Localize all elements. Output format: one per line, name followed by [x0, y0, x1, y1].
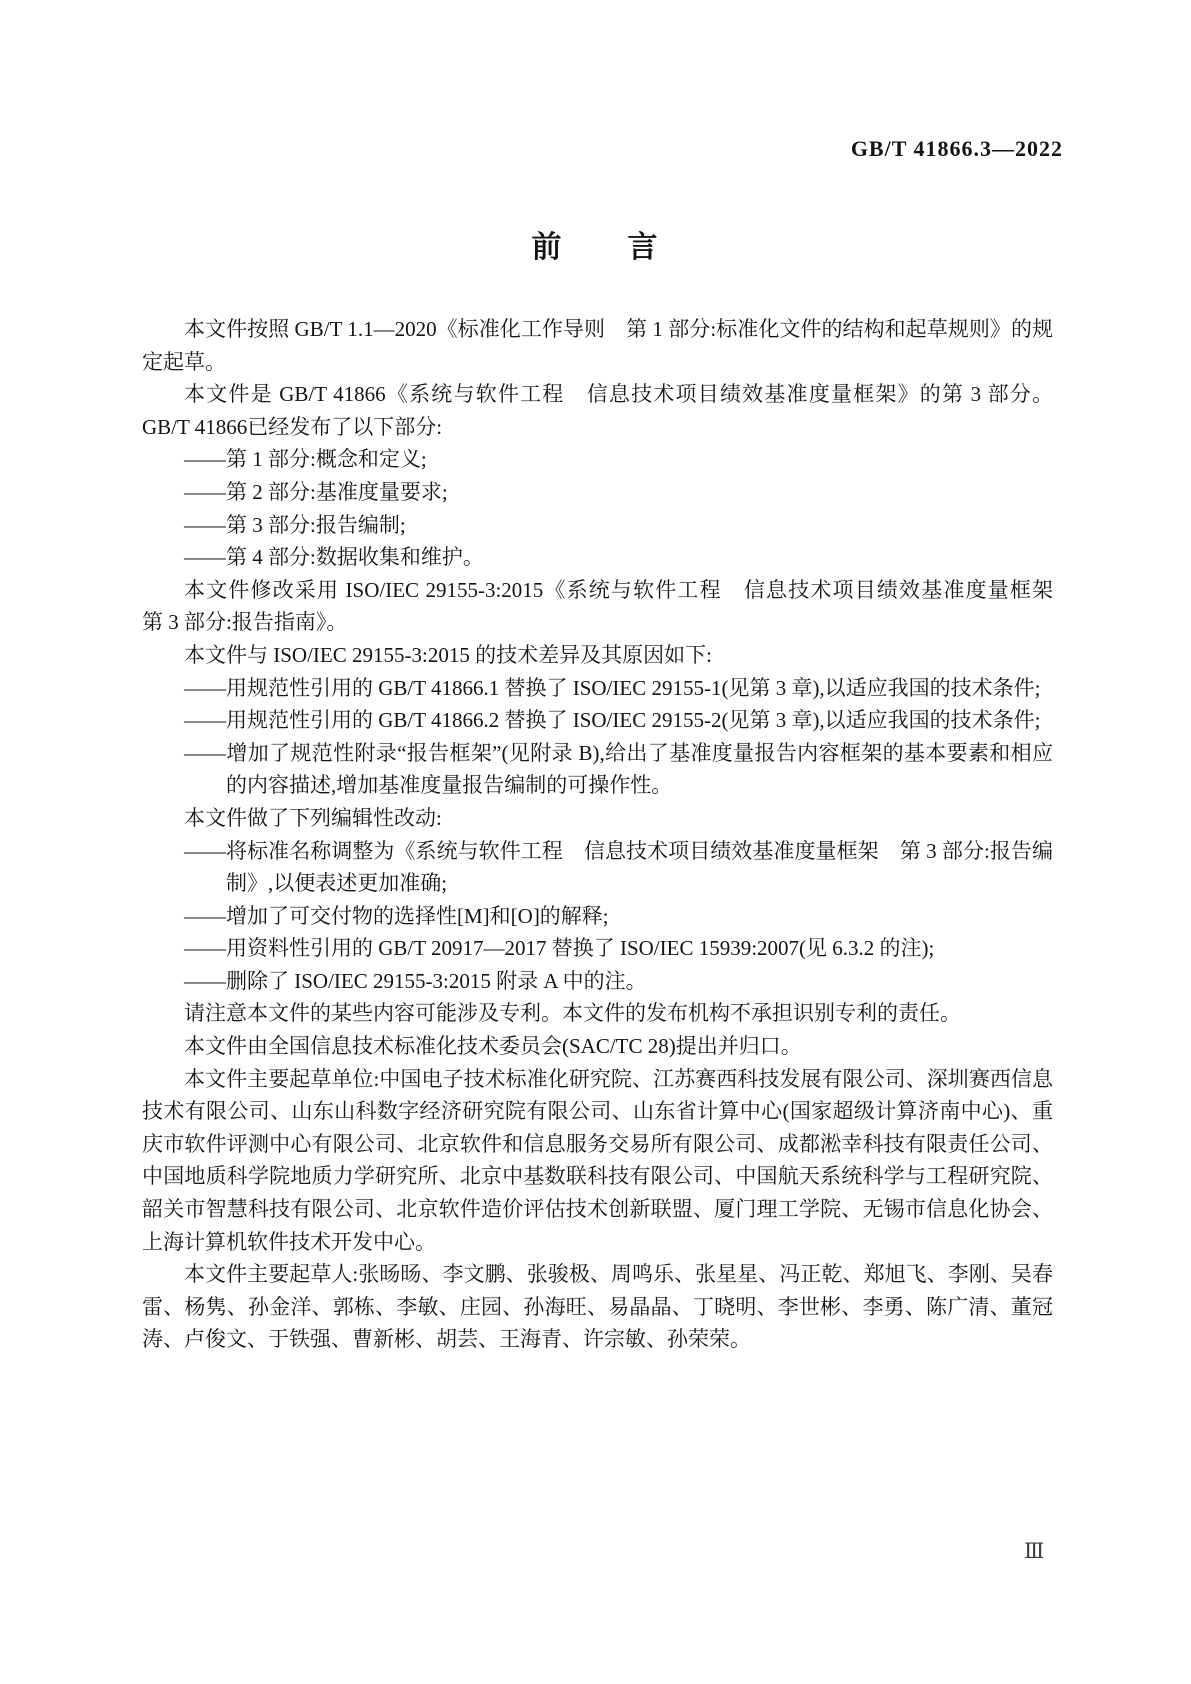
foreword-list-item: ——增加了规范性附录“报告框架”(见附录 B),给出了基准度量报告内容框架的基本…	[142, 737, 1053, 802]
foreword-paragraph: 本文件由全国信息技术标准化技术委员会(SAC/TC 28)提出并归口。	[142, 1030, 1053, 1063]
foreword-body: 本文件按照 GB/T 1.1—2020《标准化工作导则 第 1 部分:标准化文件…	[142, 313, 1053, 1356]
standard-number-header: GB/T 41866.3—2022	[851, 136, 1063, 162]
foreword-list-item: ——增加了可交付物的选择性[M]和[O]的解释;	[142, 900, 1053, 933]
foreword-list-item: ——第 4 部分:数据收集和维护。	[142, 541, 1053, 574]
foreword-paragraph: 本文件与 ISO/IEC 29155-3:2015 的技术差异及其原因如下:	[142, 639, 1053, 672]
document-page: GB/T 41866.3—2022 前 言 本文件按照 GB/T 1.1—202…	[0, 0, 1191, 1684]
foreword-list-item: ——用资料性引用的 GB/T 20917—2017 替换了 ISO/IEC 15…	[142, 932, 1053, 965]
foreword-paragraph: 本文件主要起草单位:中国电子技术标准化研究院、江苏赛西科技发展有限公司、深圳赛西…	[142, 1063, 1053, 1259]
foreword-paragraph: 本文件是 GB/T 41866《系统与软件工程 信息技术项目绩效基准度量框架》的…	[142, 378, 1053, 443]
foreword-paragraph: 本文件做了下列编辑性改动:	[142, 802, 1053, 835]
foreword-paragraph: 本文件修改采用 ISO/IEC 29155-3:2015《系统与软件工程 信息技…	[142, 574, 1053, 639]
foreword-paragraph: 本文件按照 GB/T 1.1—2020《标准化工作导则 第 1 部分:标准化文件…	[142, 313, 1053, 378]
foreword-list-item: ——第 3 部分:报告编制;	[142, 509, 1053, 542]
foreword-paragraph: 请注意本文件的某些内容可能涉及专利。本文件的发布机构不承担识别专利的责任。	[142, 997, 1053, 1030]
foreword-list-item: ——第 2 部分:基准度量要求;	[142, 476, 1053, 509]
foreword-list-item: ——第 1 部分:概念和定义;	[142, 443, 1053, 476]
page-number: Ⅲ	[1024, 1539, 1044, 1564]
foreword-list-item: ——用规范性引用的 GB/T 41866.1 替换了 ISO/IEC 29155…	[142, 672, 1053, 705]
foreword-list-item: ——删除了 ISO/IEC 29155-3:2015 附录 A 中的注。	[142, 965, 1053, 998]
page-title: 前 言	[0, 222, 1191, 266]
foreword-list-item: ——用规范性引用的 GB/T 41866.2 替换了 ISO/IEC 29155…	[142, 704, 1053, 737]
foreword-paragraph: 本文件主要起草人:张旸旸、李文鹏、张骏极、周鸣乐、张星星、冯正乾、郑旭飞、李刚、…	[142, 1258, 1053, 1356]
foreword-list-item: ——将标准名称调整为《系统与软件工程 信息技术项目绩效基准度量框架 第 3 部分…	[142, 835, 1053, 900]
